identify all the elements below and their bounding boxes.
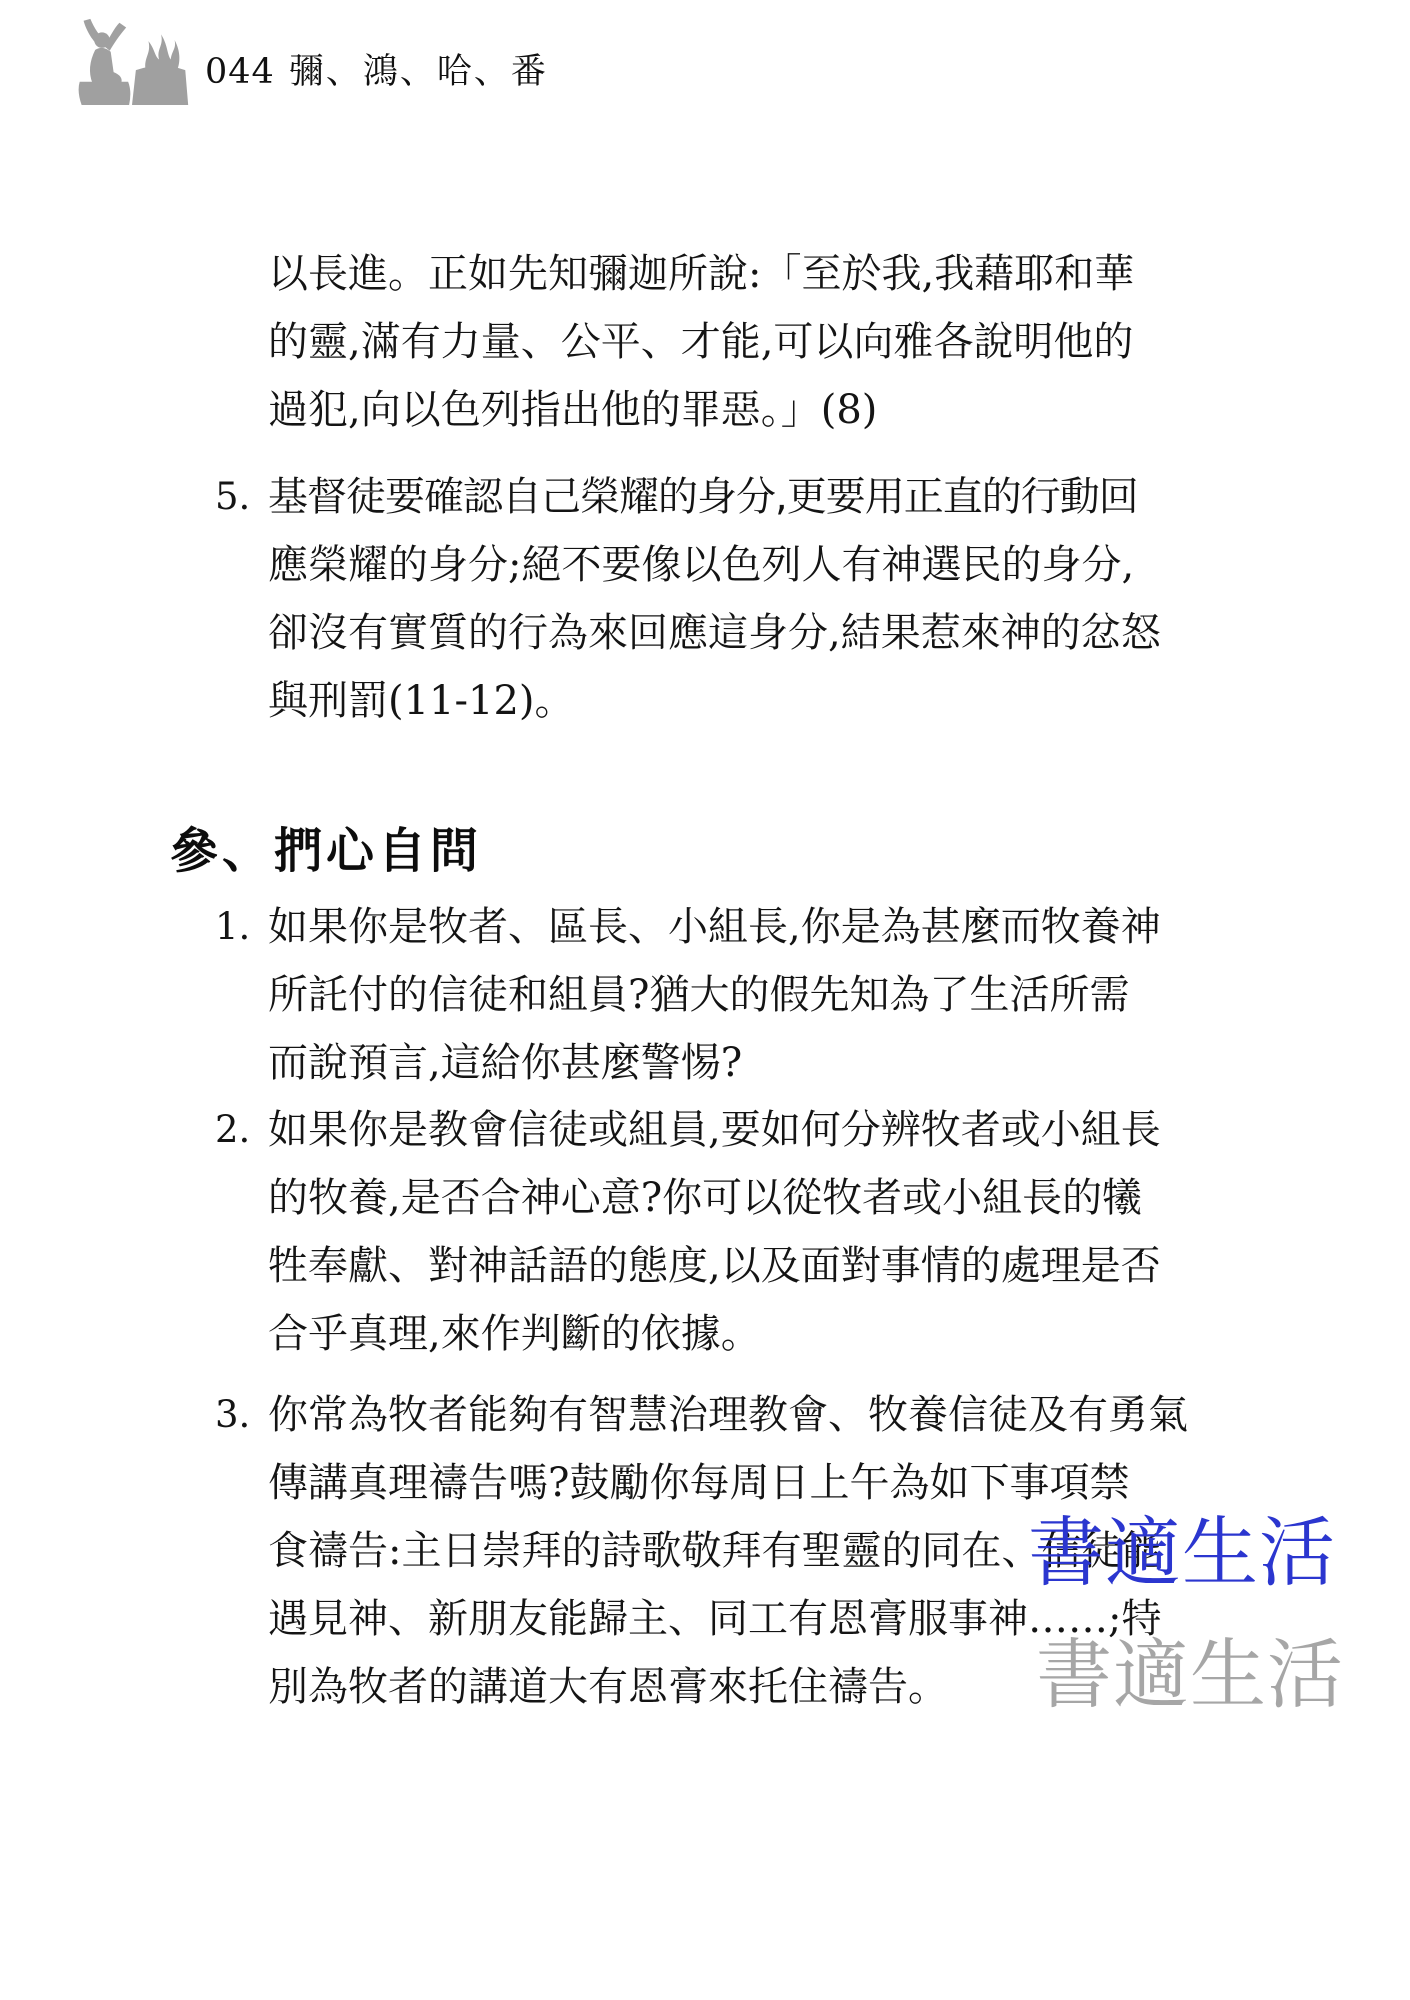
text-line: 合乎真理,來作判斷的依據。	[268, 1300, 1228, 1368]
question-number: 1.	[215, 893, 250, 961]
text-line: 所託付的信徒和組員?猶大的假先知為了生活所需	[268, 961, 1228, 1029]
question-number: 2.	[215, 1096, 250, 1164]
text-line: 以長進。正如先知彌迦所說:「至於我,我藉耶和華	[268, 240, 1228, 308]
chapter-title: 彌、鴻、哈、番	[289, 52, 548, 92]
section-heading: 參、捫心自問	[170, 812, 482, 881]
list-item-5: 5. 基督徒要確認自己榮耀的身分,更要用正直的行動回 應榮耀的身分;絕不要像以色…	[268, 463, 1228, 735]
text-line: 與刑罰(11-12)。	[268, 667, 1228, 735]
prophet-altar-logo-icon	[73, 14, 191, 106]
text-line: 如果你是牧者、區長、小組長,你是為甚麼而牧養神	[268, 893, 1228, 961]
text-line: 而說預言,這給你甚麼警惕?	[268, 1029, 1228, 1097]
list-item-number: 5.	[215, 463, 250, 531]
text-line: 的牧養,是否合神心意?你可以從牧者或小組長的犧	[268, 1164, 1228, 1232]
question-number: 3.	[215, 1381, 250, 1449]
book-page: 044彌、鴻、哈、番 以長進。正如先知彌迦所說:「至於我,我藉耶和華 的靈,滿有…	[0, 0, 1410, 2000]
paragraph-continuation: 以長進。正如先知彌迦所說:「至於我,我藉耶和華 的靈,滿有力量、公平、才能,可以…	[268, 240, 1228, 444]
page-number: 044	[205, 52, 275, 92]
text-line: 牲奉獻、對神話語的態度,以及面對事情的處理是否	[268, 1232, 1228, 1300]
text-line: 卻沒有實質的行為來回應這身分,結果惹來神的忿怒	[268, 599, 1228, 667]
text-line: 的靈,滿有力量、公平、才能,可以向雅各說明他的	[268, 308, 1228, 376]
watermark-gray: 書適生活	[1036, 1614, 1344, 1723]
question-2: 2. 如果你是教會信徒或組員,要如何分辨牧者或小組長 的牧養,是否合神心意?你可…	[268, 1096, 1228, 1368]
question-1: 1. 如果你是牧者、區長、小組長,你是為甚麼而牧養神 所託付的信徒和組員?猶大的…	[268, 893, 1228, 1097]
text-line: 基督徒要確認自己榮耀的身分,更要用正直的行動回	[268, 463, 1228, 531]
text-line: 如果你是教會信徒或組員,要如何分辨牧者或小組長	[268, 1096, 1228, 1164]
watermark-blue: 書適生活	[1028, 1492, 1336, 1601]
text-line: 過犯,向以色列指出他的罪惡。」(8)	[268, 376, 1228, 444]
text-line: 你常為牧者能夠有智慧治理教會、牧養信徒及有勇氣	[268, 1381, 1228, 1449]
running-head: 044彌、鴻、哈、番	[205, 44, 548, 94]
text-line: 應榮耀的身分;絕不要像以色列人有神選民的身分,	[268, 531, 1228, 599]
